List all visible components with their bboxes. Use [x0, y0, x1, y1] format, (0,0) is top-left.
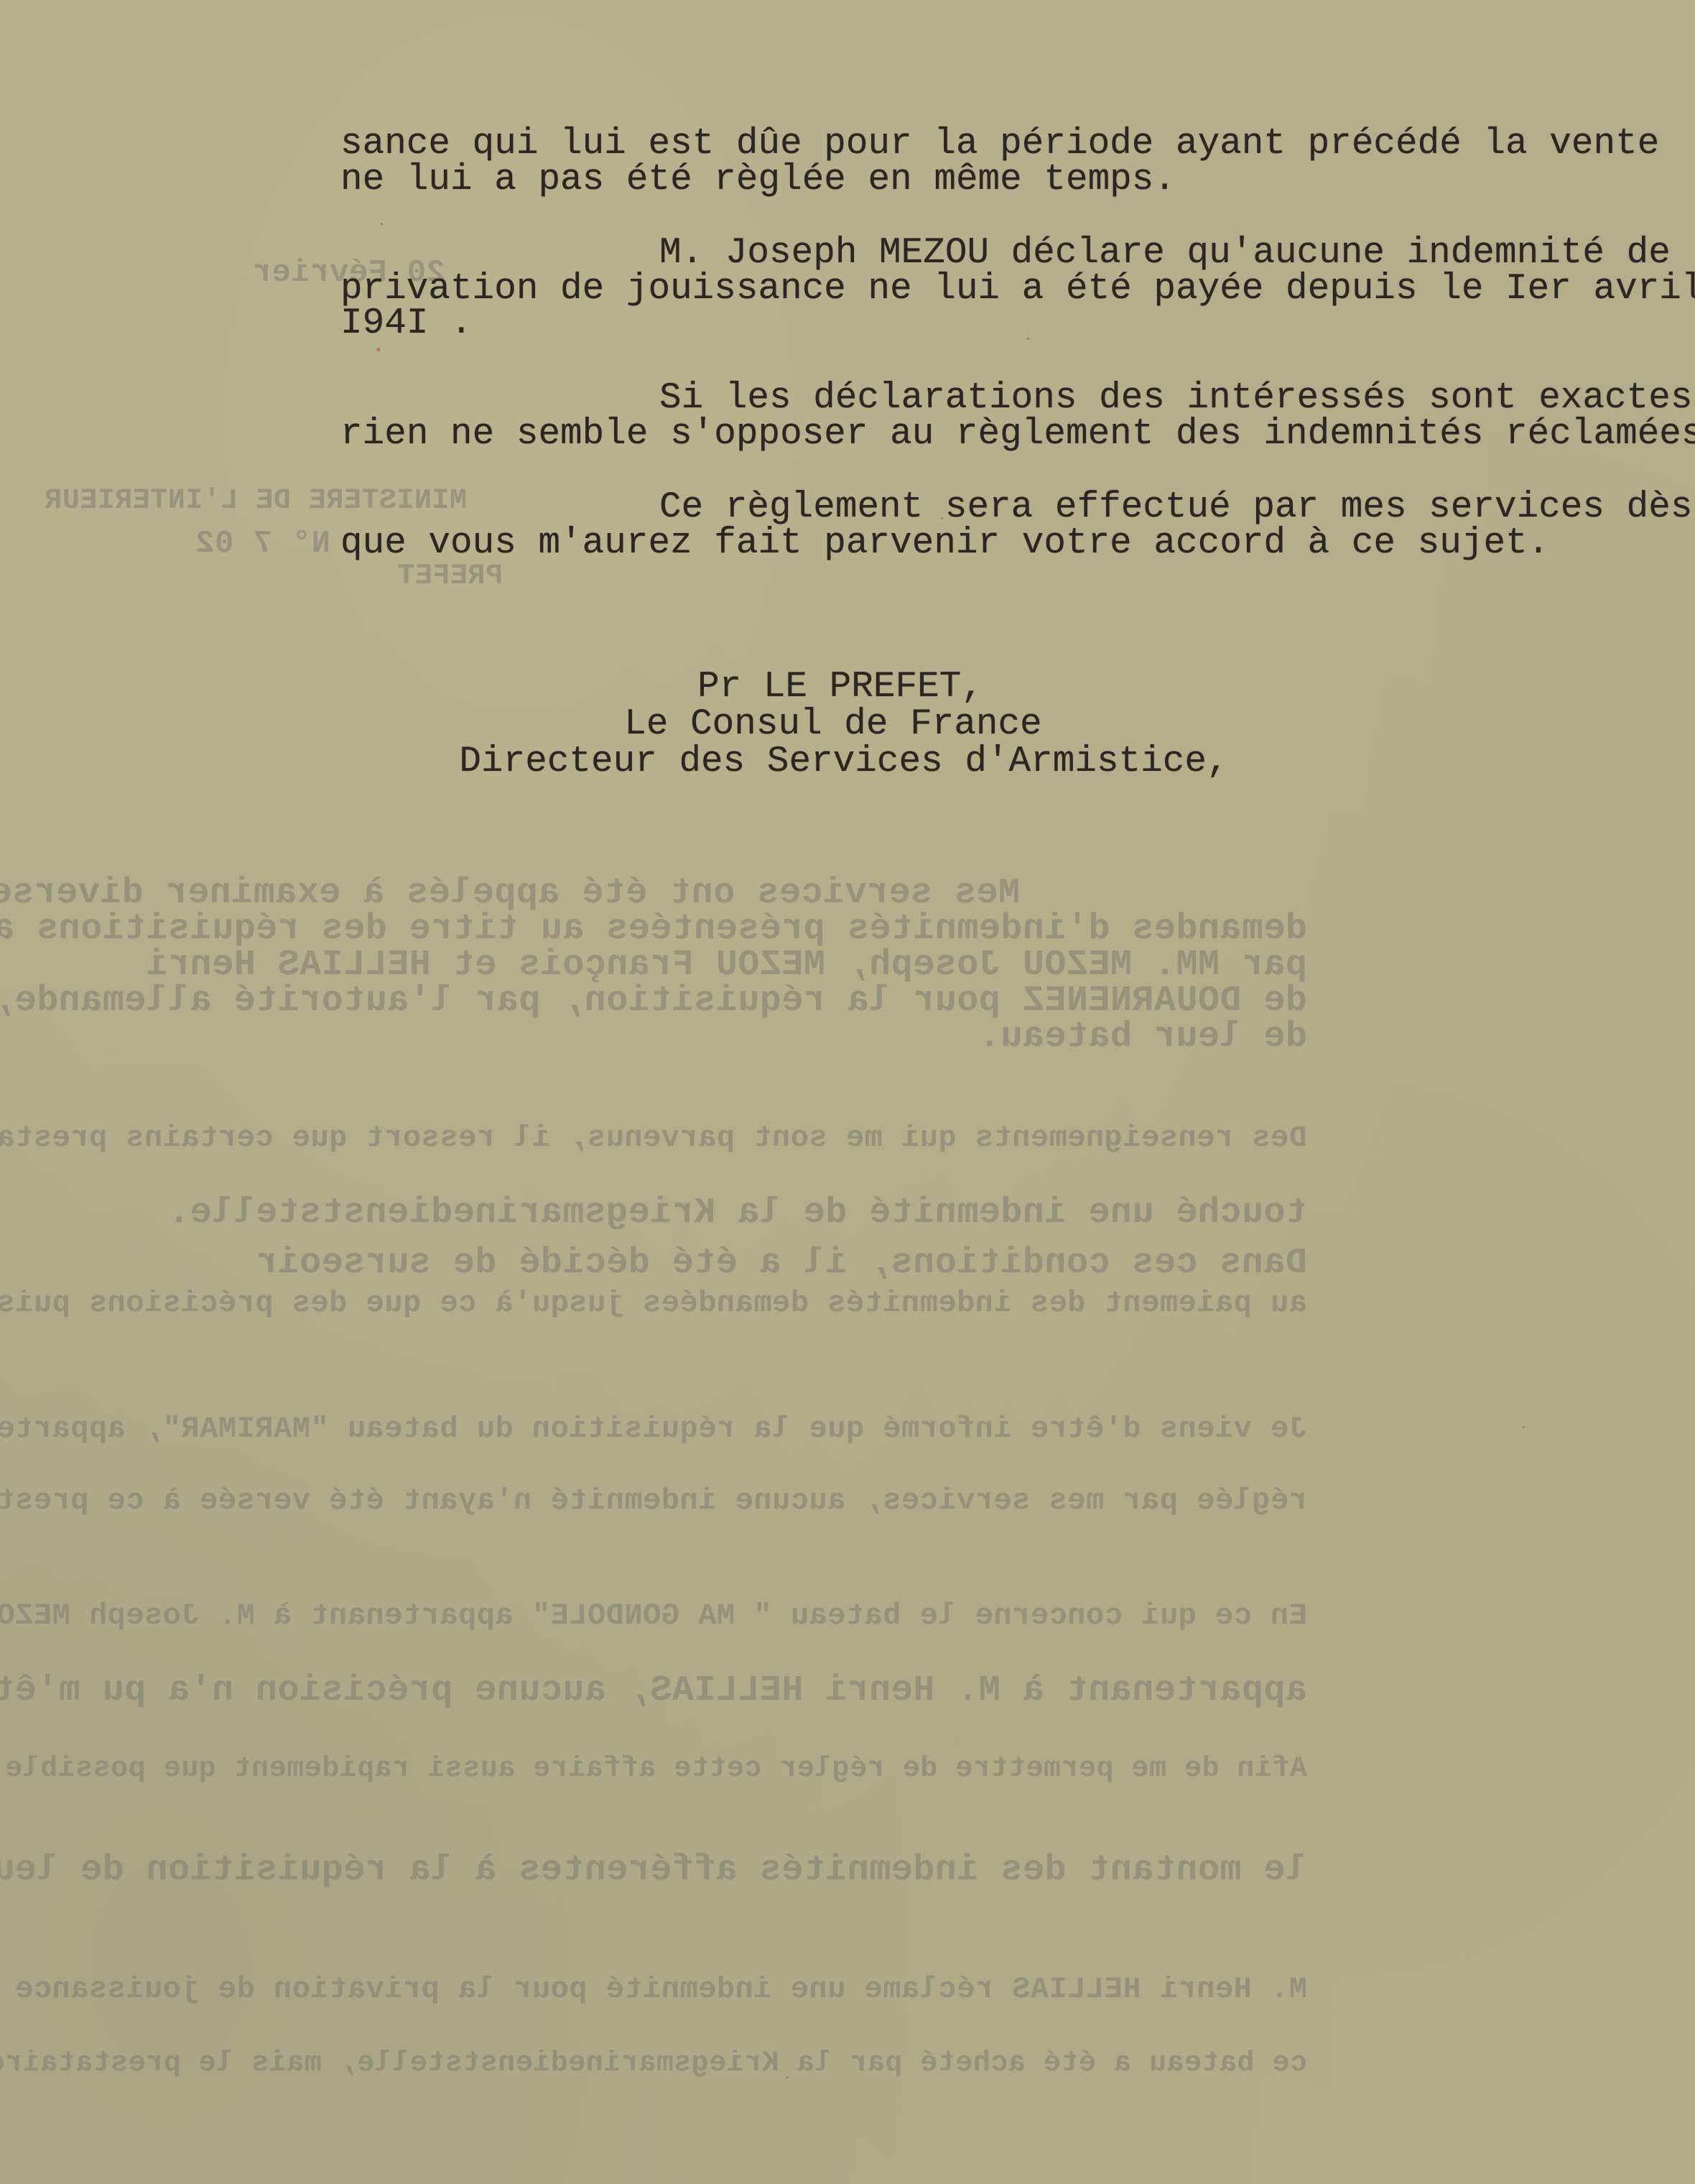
body-paragraph-2-line-3: I94I .	[340, 306, 473, 342]
body-paragraph-2-line-2: privation de jouissance ne lui a été pay…	[340, 272, 1695, 307]
signature-director: Directeur des Services d'Armistice,	[0, 744, 1691, 780]
paper-speck	[381, 223, 383, 225]
body-paragraph-3-line-1: Si les déclarations des intéressés sont …	[659, 381, 1692, 417]
paper-speck	[786, 2076, 789, 2078]
red-ink-mark: *	[375, 346, 382, 359]
body-paragraph-4-line-1: Ce règlement sera effectué par mes servi…	[659, 490, 1692, 526]
paper-speck	[1027, 338, 1029, 340]
body-paragraph-2-line-1: M. Joseph MEZOU déclare qu'aucune indemn…	[659, 236, 1671, 272]
paper-speck	[1523, 1426, 1525, 1428]
body-paragraph-4-line-2: que vous m'aurez fait parvenir votre acc…	[340, 526, 1549, 562]
body-paragraph-3-line-2: rien ne semble s'opposer au règlement de…	[340, 417, 1695, 453]
signature-title: Pr LE PREFET,	[0, 670, 1688, 705]
paper-background	[0, 0, 1695, 2184]
body-line-1: sance qui lui est dûe pour la période ay…	[340, 126, 1659, 162]
body-line-2: ne lui a pas été règlée en même temps.	[340, 162, 1176, 198]
signature-consul: Le Consul de France	[0, 707, 1681, 743]
